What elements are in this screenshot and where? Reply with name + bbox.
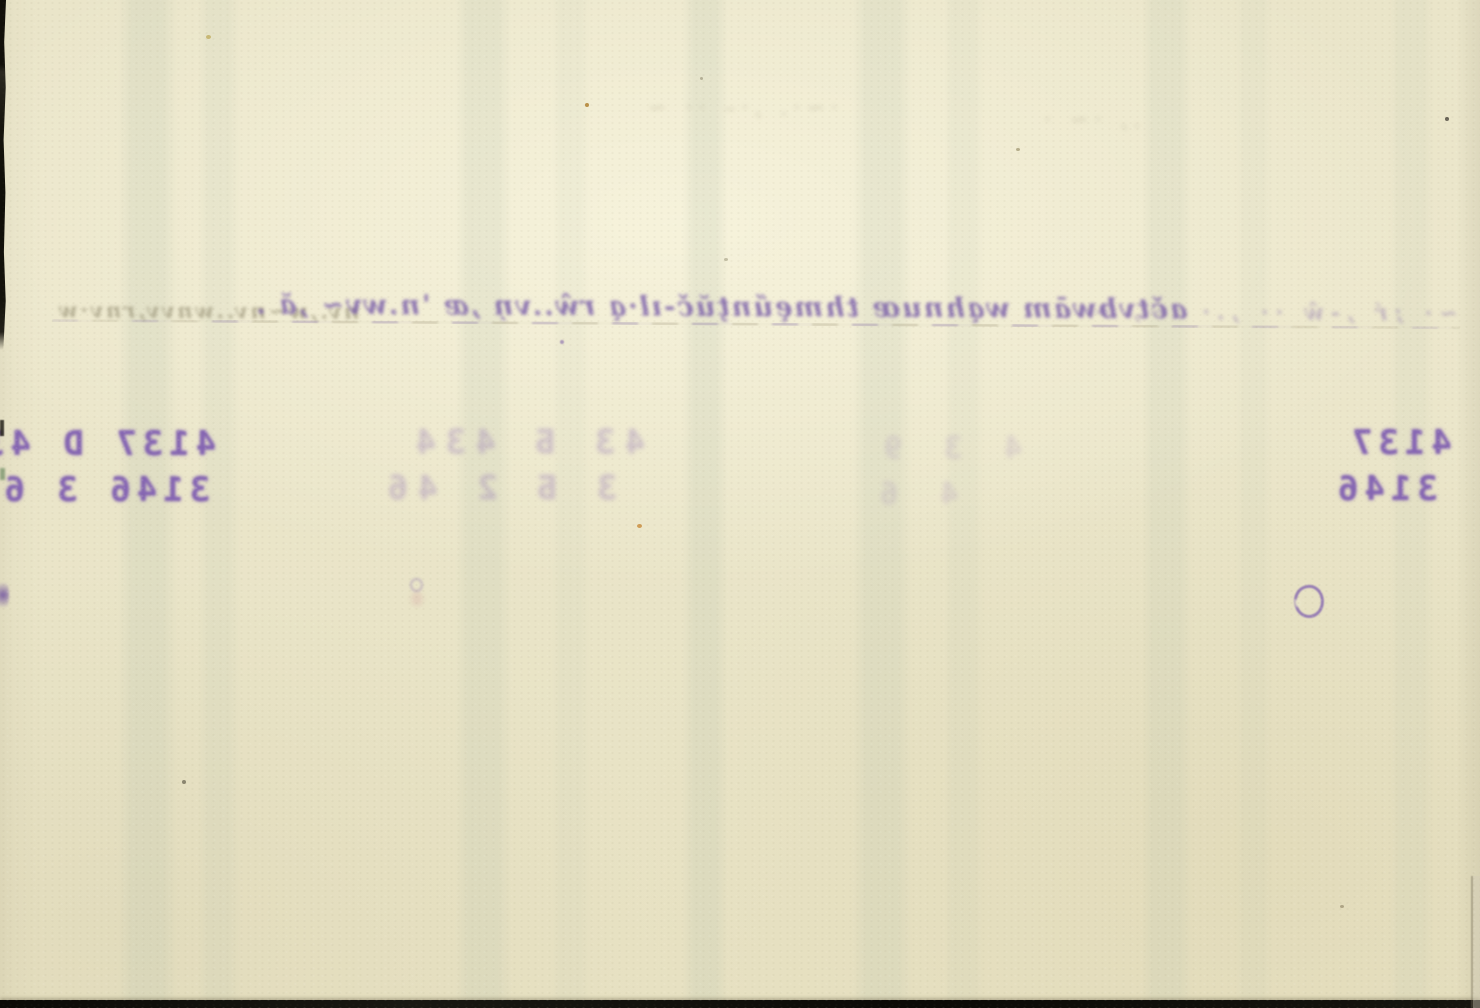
scanned-card-blank-reverse: nv.,w~nv..wnvv,rnv·w ačtvbwām wąhnuœ thm…: [0, 0, 1480, 1008]
bleed-number-row: 4 6: [868, 472, 958, 518]
purple-ring-mark: [1291, 582, 1327, 621]
bleed-handwriting-fade: ~· ;ŕ ,-ŵ ·· ,.· ·~, ~ ·: [1056, 299, 1457, 327]
bleed-number-block-center-right: 4 3 9 4 6: [868, 426, 1022, 518]
faint-smudge: ·~·. ,·– ·· ~: [642, 96, 838, 121]
paper-speck: [206, 35, 211, 39]
card-edge-left: [0, 0, 6, 350]
faint-smudge: ., ·~ ·: [1038, 108, 1140, 133]
paper-speck: [182, 780, 186, 784]
paper-speck: [1445, 117, 1449, 121]
bleed-number-row: 3 Б 2 46: [378, 465, 617, 511]
purple-ink-blob: [0, 578, 9, 612]
bleed-number-block-right: 4137 3146: [1332, 420, 1452, 512]
paper-speck: [724, 258, 728, 261]
bleed-number-block-center: 43 Б 434 3 Б 2 46: [378, 419, 645, 511]
paper-speck: [637, 524, 642, 528]
bleed-number-row: 4137 D 43: [0, 421, 216, 467]
card-edge-speck-green: [0, 468, 5, 480]
paper-speck: [1016, 148, 1020, 151]
paper-speck: [1340, 905, 1344, 908]
bleed-underline: [52, 319, 1460, 329]
paper-speck: [585, 103, 589, 107]
bleed-number-row: 3146 З 6: [0, 467, 210, 513]
paper-speck: [560, 340, 564, 344]
ink-bleed-line: nv.,w~nv..wnvv,rnv·w ačtvbwām wąhnuœ thm…: [0, 0, 1480, 8]
bleed-number-row: 3146: [1332, 466, 1438, 512]
bleed-number-row: 4137: [1332, 420, 1452, 466]
bleed-number-block-left: 4137 D 43 3146 З 6: [0, 421, 216, 513]
card-edge-right-sliver: [1473, 876, 1480, 1008]
paper-speck: [700, 77, 703, 80]
card-edge-speck: [0, 420, 4, 436]
faint-ring-mark: [410, 578, 423, 592]
bleed-number-row: 4 3 9: [868, 426, 1022, 472]
bleed-number-row: 43 Б 434: [378, 419, 645, 465]
card-edge-bottom: [0, 1000, 1480, 1008]
